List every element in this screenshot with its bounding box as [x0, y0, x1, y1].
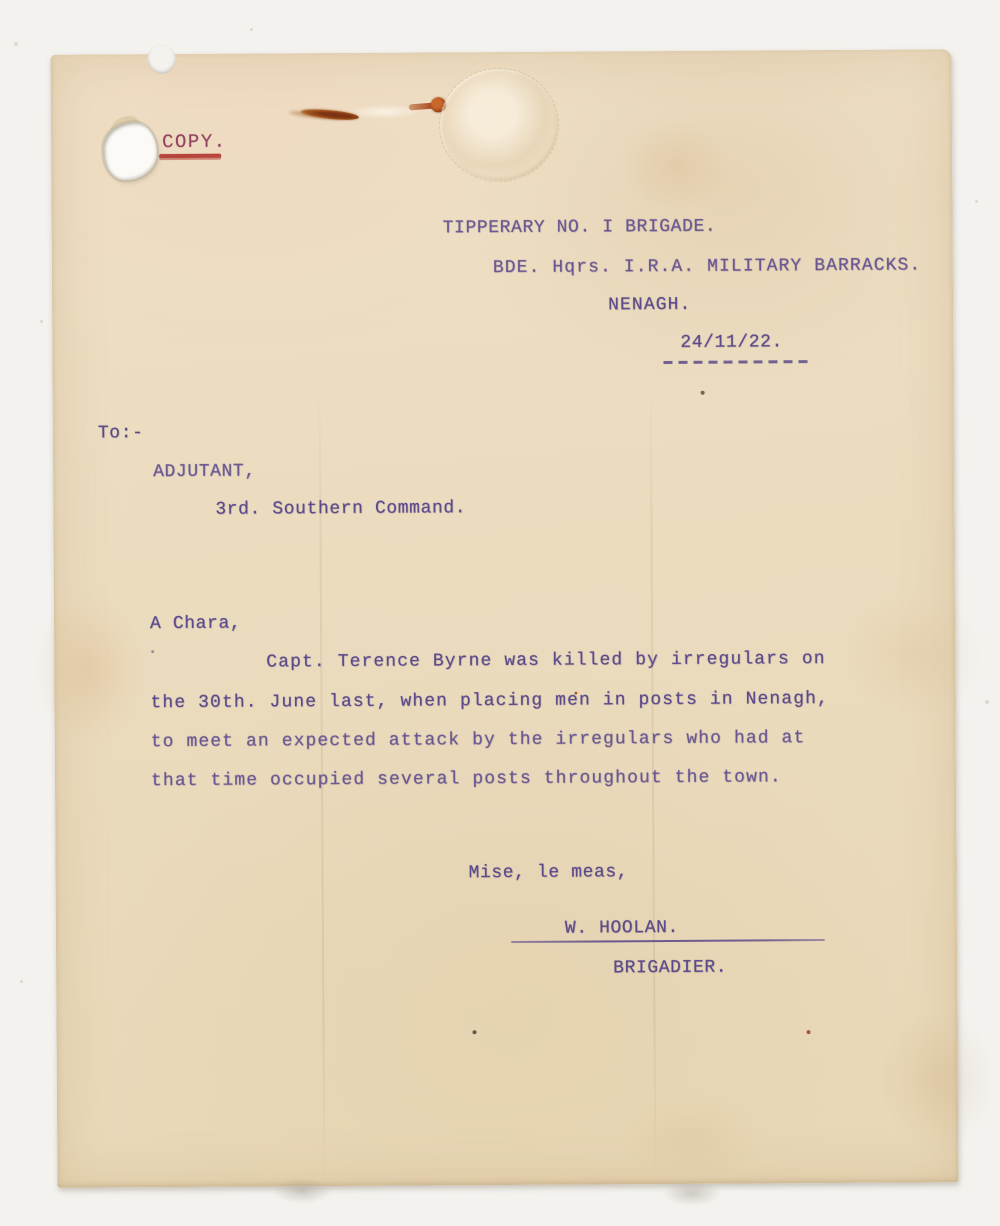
age-stain [617, 1090, 768, 1181]
recipient-line-2: 3rd. Southern Command. [215, 498, 466, 520]
body-line: to meet an expected attack by the irregu… [151, 728, 806, 752]
ink-speck [473, 1030, 477, 1034]
scanner-speck [14, 42, 18, 46]
date-underline [663, 360, 809, 364]
signature-underline [511, 939, 825, 943]
copy-stamp: COPY. [162, 132, 227, 152]
recipient-line-1: ADJUTANT, [153, 462, 256, 483]
body-line: the 30th. June last, when placing men in… [150, 689, 829, 713]
age-stain [621, 121, 732, 212]
embossed-seal [439, 68, 560, 183]
body-line: that time occupied several posts through… [151, 767, 782, 791]
ink-speck [701, 391, 705, 395]
ink-speck [807, 1030, 811, 1034]
body-line: Capt. Terence Byrne was killed by irregu… [266, 649, 826, 672]
scanner-speck [250, 28, 253, 31]
paper-edge-notch [147, 44, 175, 74]
signature-title: BRIGADIER. [613, 958, 727, 979]
torn-hole [103, 122, 157, 180]
letterhead-town: NENAGH. [608, 295, 691, 316]
letter-sheet: COPY. TIPPERARY NO. I BRIGADE. BDE. Hqrs… [51, 49, 959, 1187]
scanner-speck [40, 320, 43, 323]
closing-phrase: Mise, le meas, [468, 862, 628, 883]
signature-name: W. HOOLAN. [565, 918, 679, 939]
recipient-to-label: To:- [98, 423, 144, 443]
scan-smudge [662, 1180, 722, 1206]
scanner-speck [975, 200, 978, 203]
scanner-speck [20, 980, 23, 983]
letter-date: 24/11/22. [680, 332, 783, 353]
letterhead-hq: BDE. Hqrs. I.R.A. MILITARY BARRACKS. [493, 255, 922, 278]
salutation: A Chara, [150, 614, 241, 635]
scan-smudge [272, 1178, 332, 1204]
age-stain [876, 1009, 997, 1150]
age-stain [844, 589, 985, 720]
letterhead-brigade: TIPPERARY NO. I BRIGADE. [443, 217, 717, 239]
rust-stain [301, 107, 360, 122]
ink-speck [151, 650, 154, 653]
scanner-speck [985, 700, 989, 704]
copy-stamp-underline [159, 154, 221, 158]
age-stain [34, 594, 145, 745]
